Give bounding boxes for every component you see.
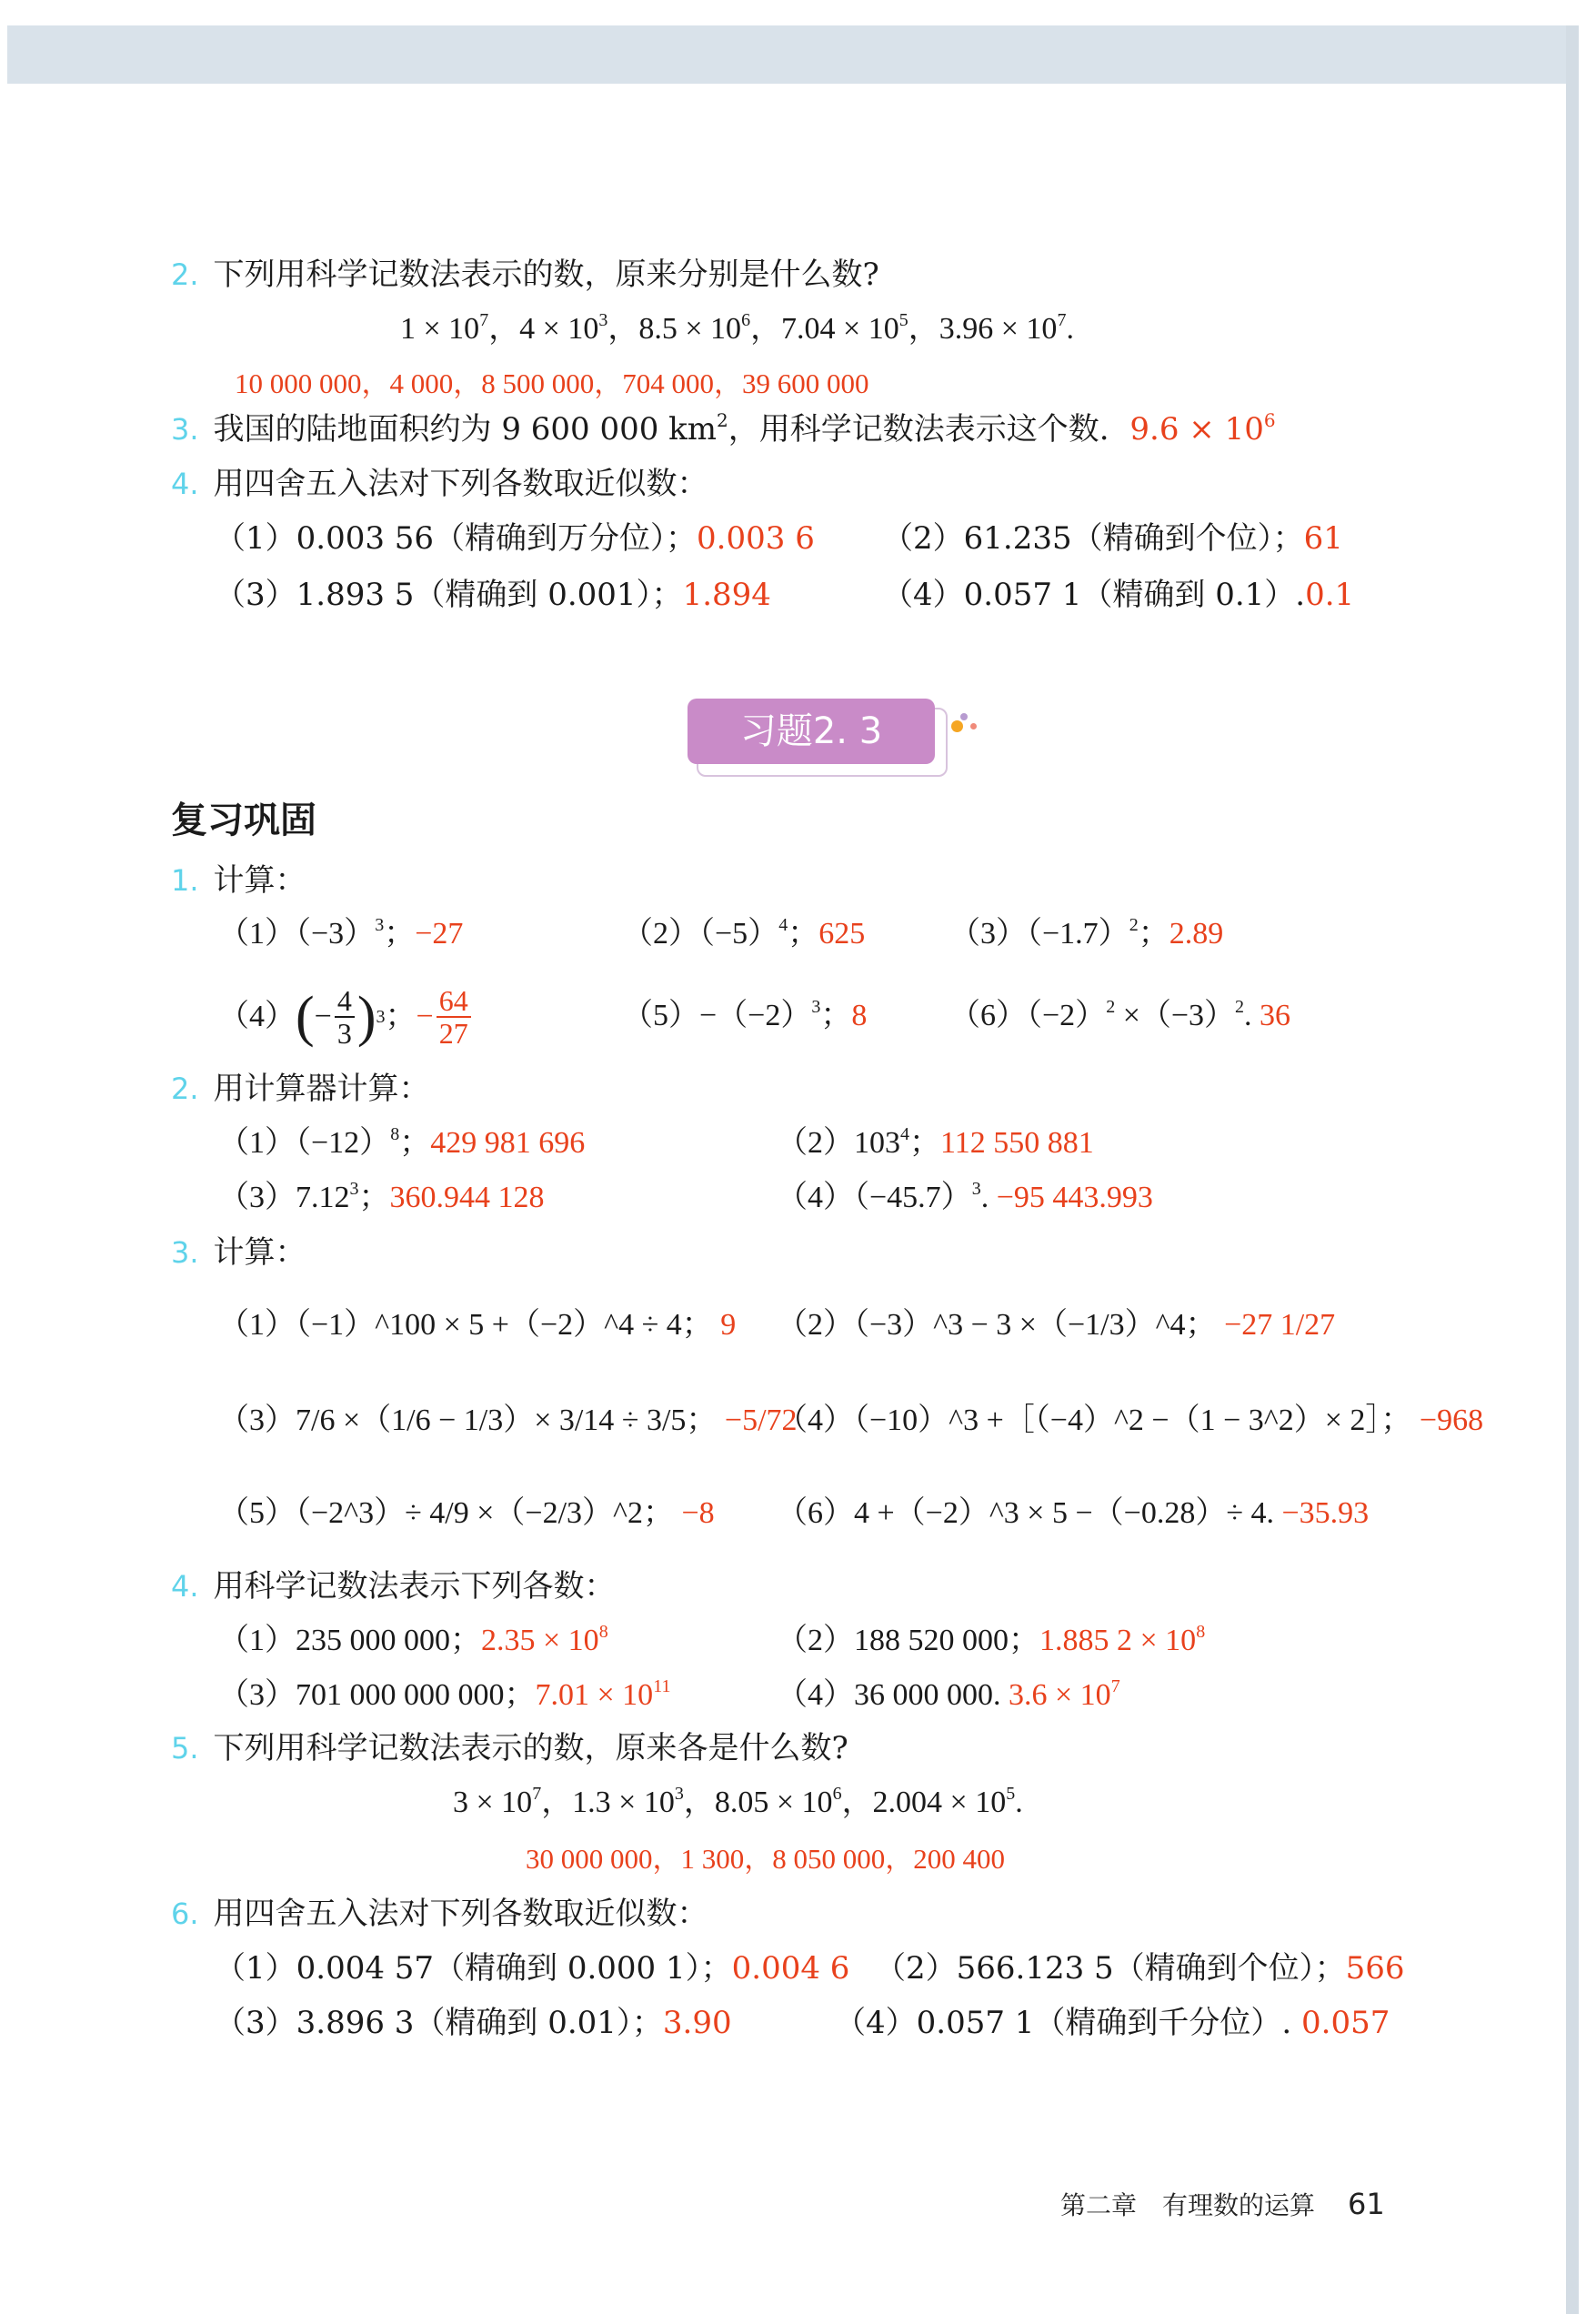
section-heading: 复习巩固	[171, 791, 316, 843]
question-2-answer: 10 000 000，4 000，8 500 000，704 000，39 60…	[235, 364, 869, 404]
exercise-2-item-3: （3）7.123；360.944 128	[218, 1178, 545, 1218]
exercise-1-item-1: （1）（−3）3；−27	[218, 914, 463, 954]
chapter-title: 第二章 有理数的运算	[1060, 2190, 1315, 2220]
exercise-3-item-6: （6）4 +（−2）^3 × 5 −（−0.28）÷ 4. −35.93	[777, 1494, 1369, 1534]
exercise-2-item-4: （4）（−45.7）3. −95 443.993	[777, 1178, 1153, 1218]
exercise-4-item-1: （1）235 000 000；2.35 × 108	[218, 1621, 608, 1661]
decor-dot-icon	[951, 720, 963, 732]
question-2: 2.下列用科学记数法表示的数，原来分别是什么数?	[171, 255, 879, 295]
exercise-1-item-6: （6）（−2）2 ×（−3）2. 36	[949, 996, 1290, 1036]
exercise-4: 4.用科学记数法表示下列各数：	[171, 1566, 616, 1606]
exercise-2: 2.用计算器计算：	[171, 1069, 430, 1109]
exercise-6-item-3: （3）3.896 3（精确到 0.01）；3.90	[215, 2003, 732, 2043]
page-footer: 第二章 有理数的运算61	[1060, 2186, 1385, 2222]
exercise-4-item-4: （4）36 000 000. 3.6 × 107	[777, 1675, 1120, 1715]
scan-top-border	[7, 25, 1576, 84]
decor-dot-icon	[960, 713, 968, 720]
exercise-4-item-2: （2）188 520 000；1.885 2 × 108	[777, 1621, 1205, 1661]
question-3-answer: 9.6 × 106	[1129, 411, 1275, 448]
question-4-item-2: （2）61.235（精确到个位）；61	[882, 518, 1343, 558]
question-4-item-4: （4）0.057 1（精确到 0.1）.0.1	[882, 575, 1354, 615]
exercise-1: 1.计算：	[171, 860, 306, 900]
exercise-3-item-2: （2）（−3）^3 − 3 ×（−1/3）^4； −27 1/27	[777, 1305, 1335, 1345]
exercise-1-item-4: （4）(−43)3； −6427	[218, 981, 474, 1053]
exercise-3-item-5: （5）（−2^3）÷ 4/9 ×（−2/3）^2； −8	[218, 1494, 715, 1534]
decor-dot-icon	[970, 723, 977, 729]
exercise-6-item-1: （1）0.004 57（精确到 0.000 1）；0.004 6	[215, 1948, 849, 1988]
exercise-3: 3.计算：	[171, 1232, 306, 1273]
exercise-5-answer: 30 000 000，1 300，8 050 000，200 400	[526, 1839, 1005, 1879]
exercise-5: 5.下列用科学记数法表示的数，原来各是什么数?	[171, 1728, 848, 1768]
exercise-6-item-4: （4）0.057 1（精确到千分位）. 0.057	[835, 2003, 1390, 2043]
exercise-badge: 习题2. 3	[688, 699, 935, 764]
exercise-2-item-1: （1）（−12）8；429 981 696	[218, 1123, 585, 1163]
question-4-item-1: （1）0.003 56（精确到万分位）；0.003 6	[215, 518, 815, 558]
exercise-1-item-2: （2）（−5）4；625	[622, 914, 865, 954]
exercise-2-item-2: （2）1034；112 550 881	[777, 1123, 1094, 1163]
question-2-expression: 1 × 107，4 × 103，8.5 × 106，7.04 × 105，3.9…	[400, 309, 1074, 349]
exercise-5-expression: 3 × 107，1.3 × 103，8.05 × 106，2.004 × 105…	[453, 1783, 1023, 1823]
exercise-1-item-5: （5）−（−2）3；8	[622, 996, 867, 1036]
exercise-3-item-3: （3）7/6 ×（1/6 − 1/3）× 3/14 ÷ 3/5； −5/72	[218, 1401, 798, 1441]
scan-right-border	[1566, 25, 1579, 2314]
exercise-3-item-4: （4）（−10）^3 +［（−4）^2 −（1 − 3^2）× 2］； −968	[777, 1401, 1483, 1441]
question-4: 4.用四舍五入法对下列各数取近似数：	[171, 464, 708, 504]
exercise-4-item-3: （3）701 000 000 000；7.01 × 1011	[218, 1675, 670, 1715]
question-number: 2.	[171, 257, 199, 292]
exercise-6: 6.用四舍五入法对下列各数取近似数：	[171, 1894, 708, 1934]
question-4-item-3: （3）1.893 5（精确到 0.001）；1.894	[215, 575, 771, 615]
exercise-3-item-1: （1）（−1）^100 × 5 +（−2）^4 ÷ 4； 9	[218, 1305, 736, 1345]
page-number: 61	[1348, 2187, 1385, 2221]
exercise-6-item-2: （2）566.123 5（精确到个位）；566	[875, 1948, 1405, 1988]
question-3: 3.我国的陆地面积约为 9 600 000 km2，用科学记数法表示这个数. 9…	[171, 409, 1276, 449]
exercise-1-item-3: （3）（−1.7）2；2.89	[949, 914, 1223, 954]
